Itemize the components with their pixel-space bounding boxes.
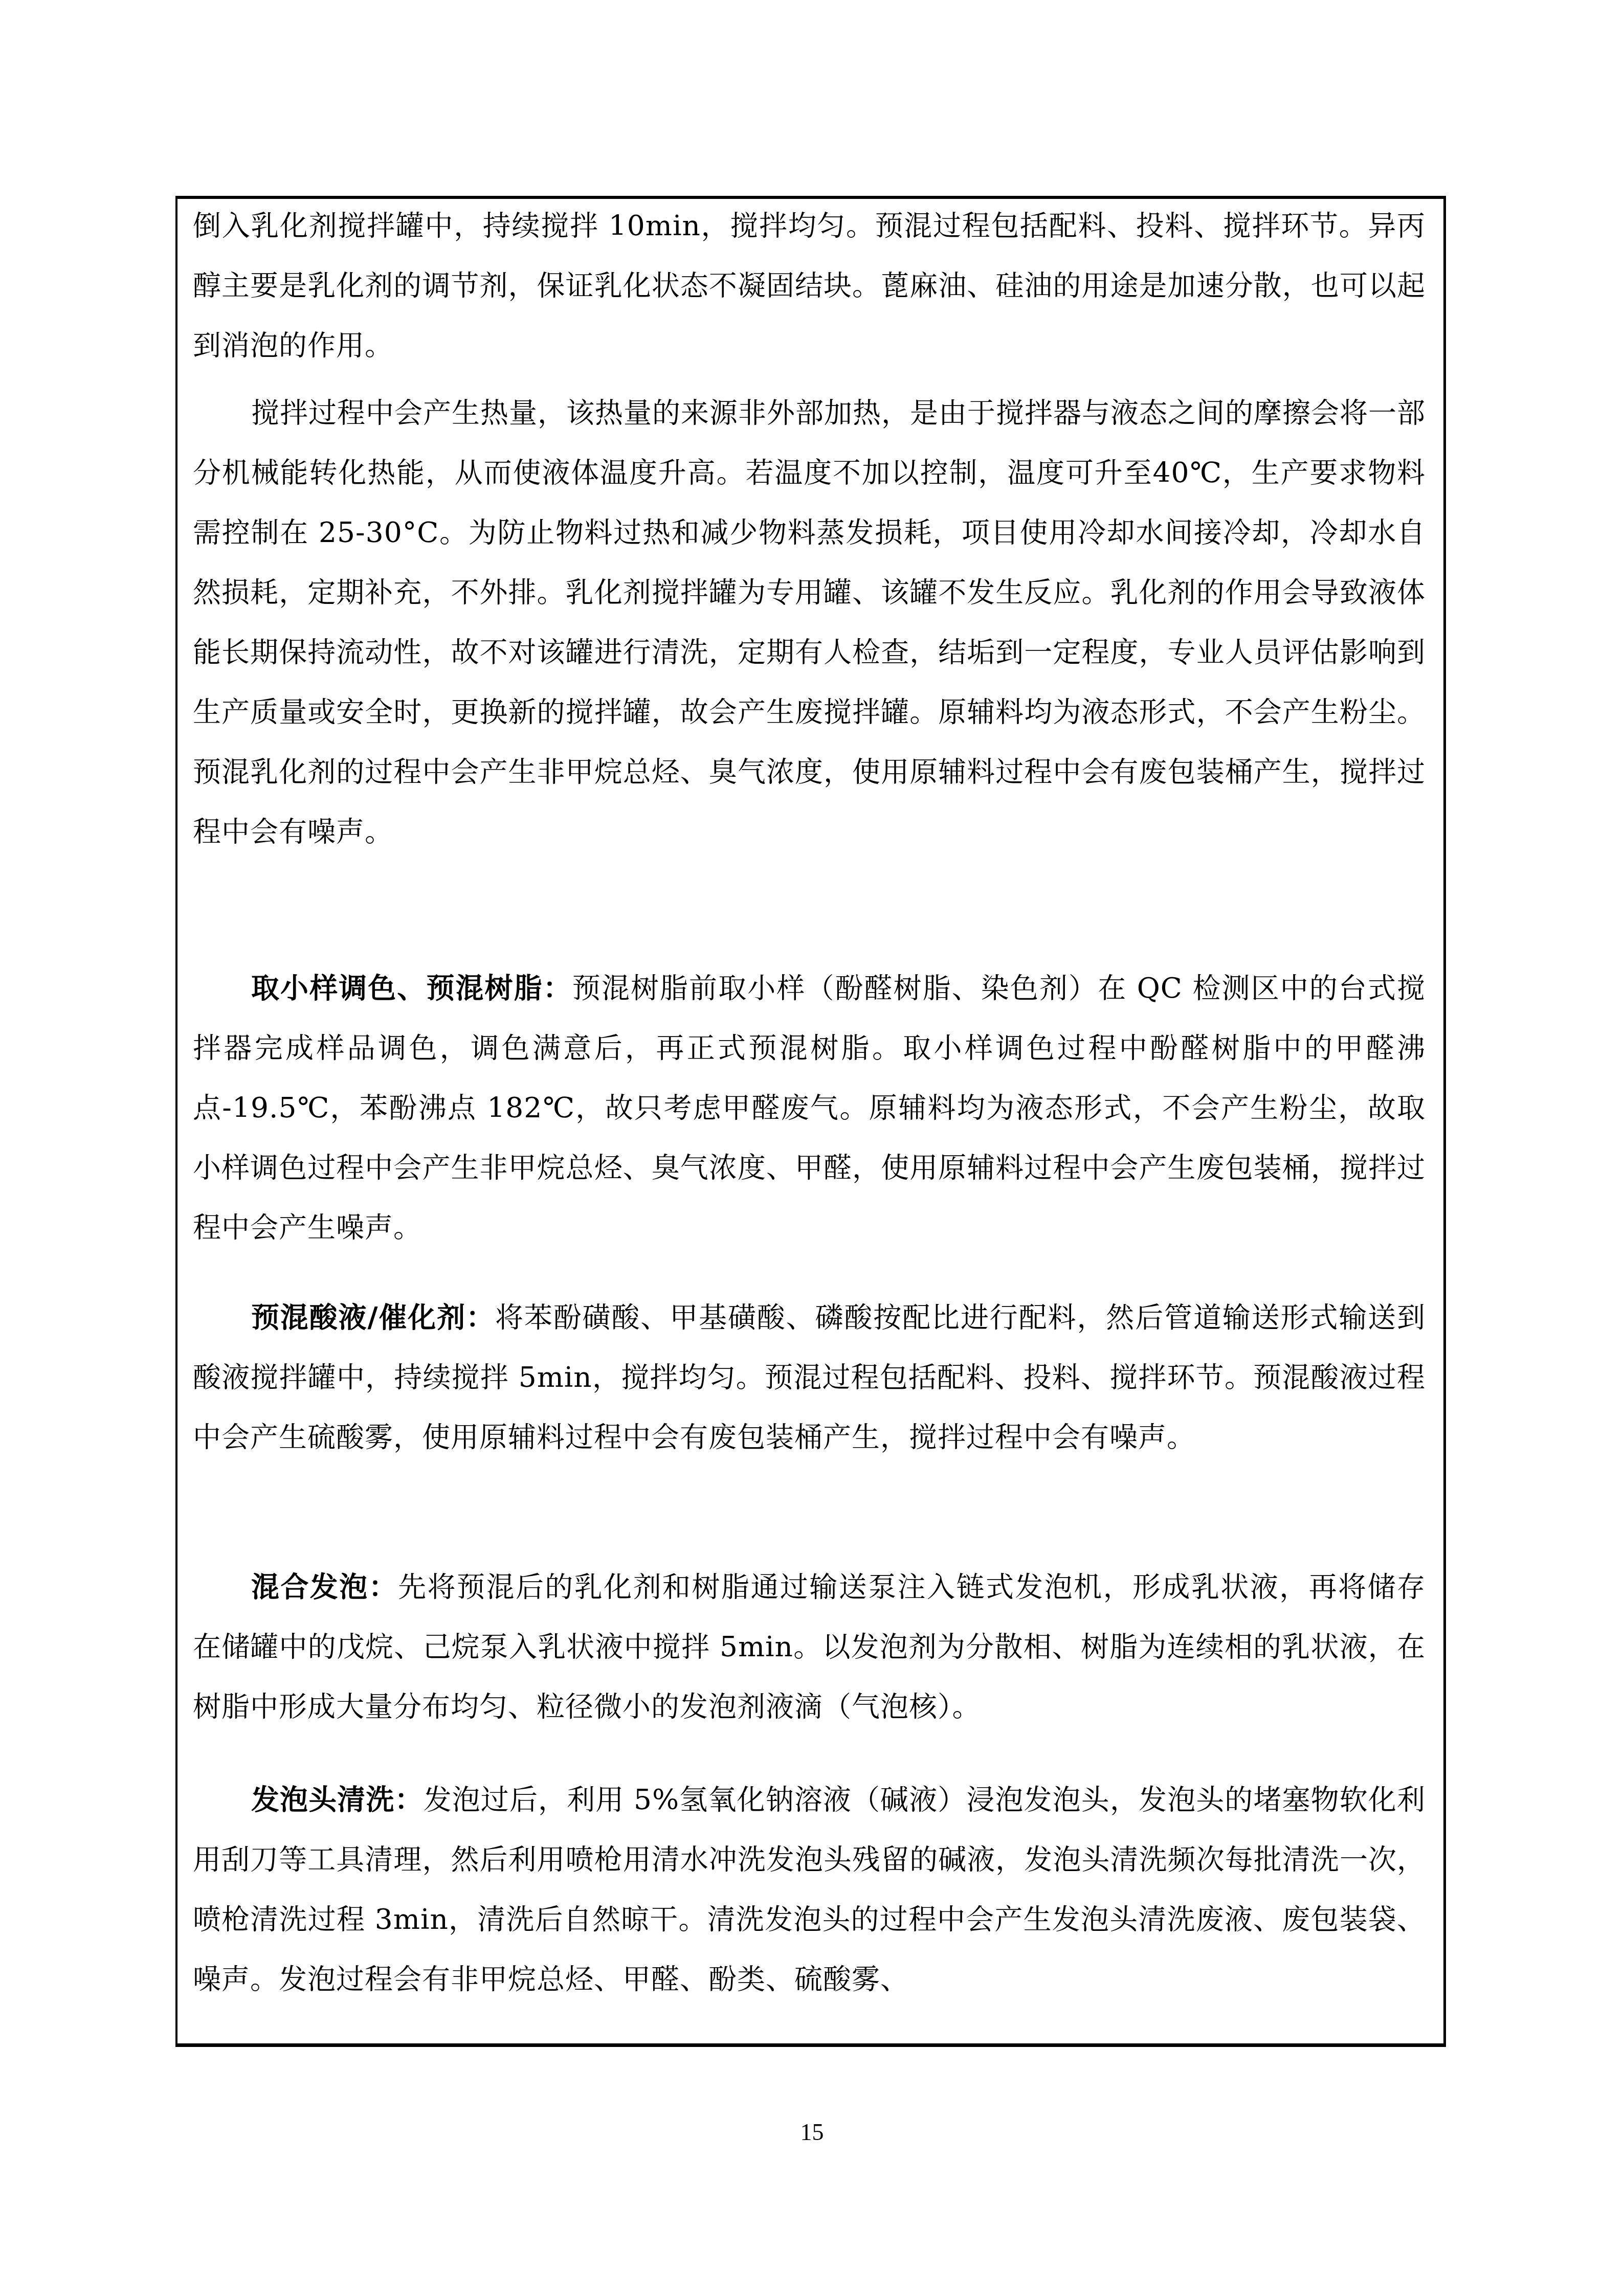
paragraph-acid-catalyst: 预混酸液/催化剂：将苯酚磺酸、甲基磺酸、磷酸按配比进行配料，然后管道输送形式输送…: [193, 1287, 1426, 1467]
paragraph-text: 倒入乳化剂搅拌罐中，持续搅拌 10min，搅拌均匀。预混过程包括配料、投料、搅拌…: [193, 209, 1426, 362]
paragraph-sample-color-resin: 取小样调色、预混树脂：预混树脂前取小样（酚醛树脂、染色剂）在 QC 检测区中的台…: [193, 958, 1426, 1257]
paragraph-heading: 发泡头清洗：: [251, 1783, 424, 1816]
content-frame: 倒入乳化剂搅拌罐中，持续搅拌 10min，搅拌均匀。预混过程包括配料、投料、搅拌…: [175, 196, 1446, 2047]
paragraph-heading: 预混酸液/催化剂：: [251, 1300, 495, 1334]
paragraph-text: 搅拌过程中会产生热量，该热量的来源非外部加热，是由于搅拌器与液态之间的摩擦会将一…: [193, 396, 1426, 848]
paragraph-emulsifier-continued: 倒入乳化剂搅拌罐中，持续搅拌 10min，搅拌均匀。预混过程包括配料、投料、搅拌…: [193, 196, 1426, 375]
paragraph-mixing-foaming: 混合发泡：先将预混后的乳化剂和树脂通过输送泵注入链式发泡机，形成乳状液，再将储存…: [193, 1557, 1426, 1737]
paragraph-heading: 混合发泡：: [251, 1570, 398, 1603]
paragraph-stirring-heat: 搅拌过程中会产生热量，该热量的来源非外部加热，是由于搅拌器与液态之间的摩擦会将一…: [193, 383, 1426, 862]
paragraph-heading: 取小样调色、预混树脂：: [251, 971, 572, 1004]
paragraph-text: 预混树脂前取小样（酚醛树脂、染色剂）在 QC 检测区中的台式搅拌器完成样品调色，…: [193, 972, 1426, 1244]
page-number: 15: [0, 2117, 1624, 2148]
paragraph-foam-head-cleaning: 发泡头清洗：发泡过后，利用 5%氢氧化钠溶液（碱液）浸泡发泡头，发泡头的堵塞物软…: [193, 1769, 1426, 2009]
